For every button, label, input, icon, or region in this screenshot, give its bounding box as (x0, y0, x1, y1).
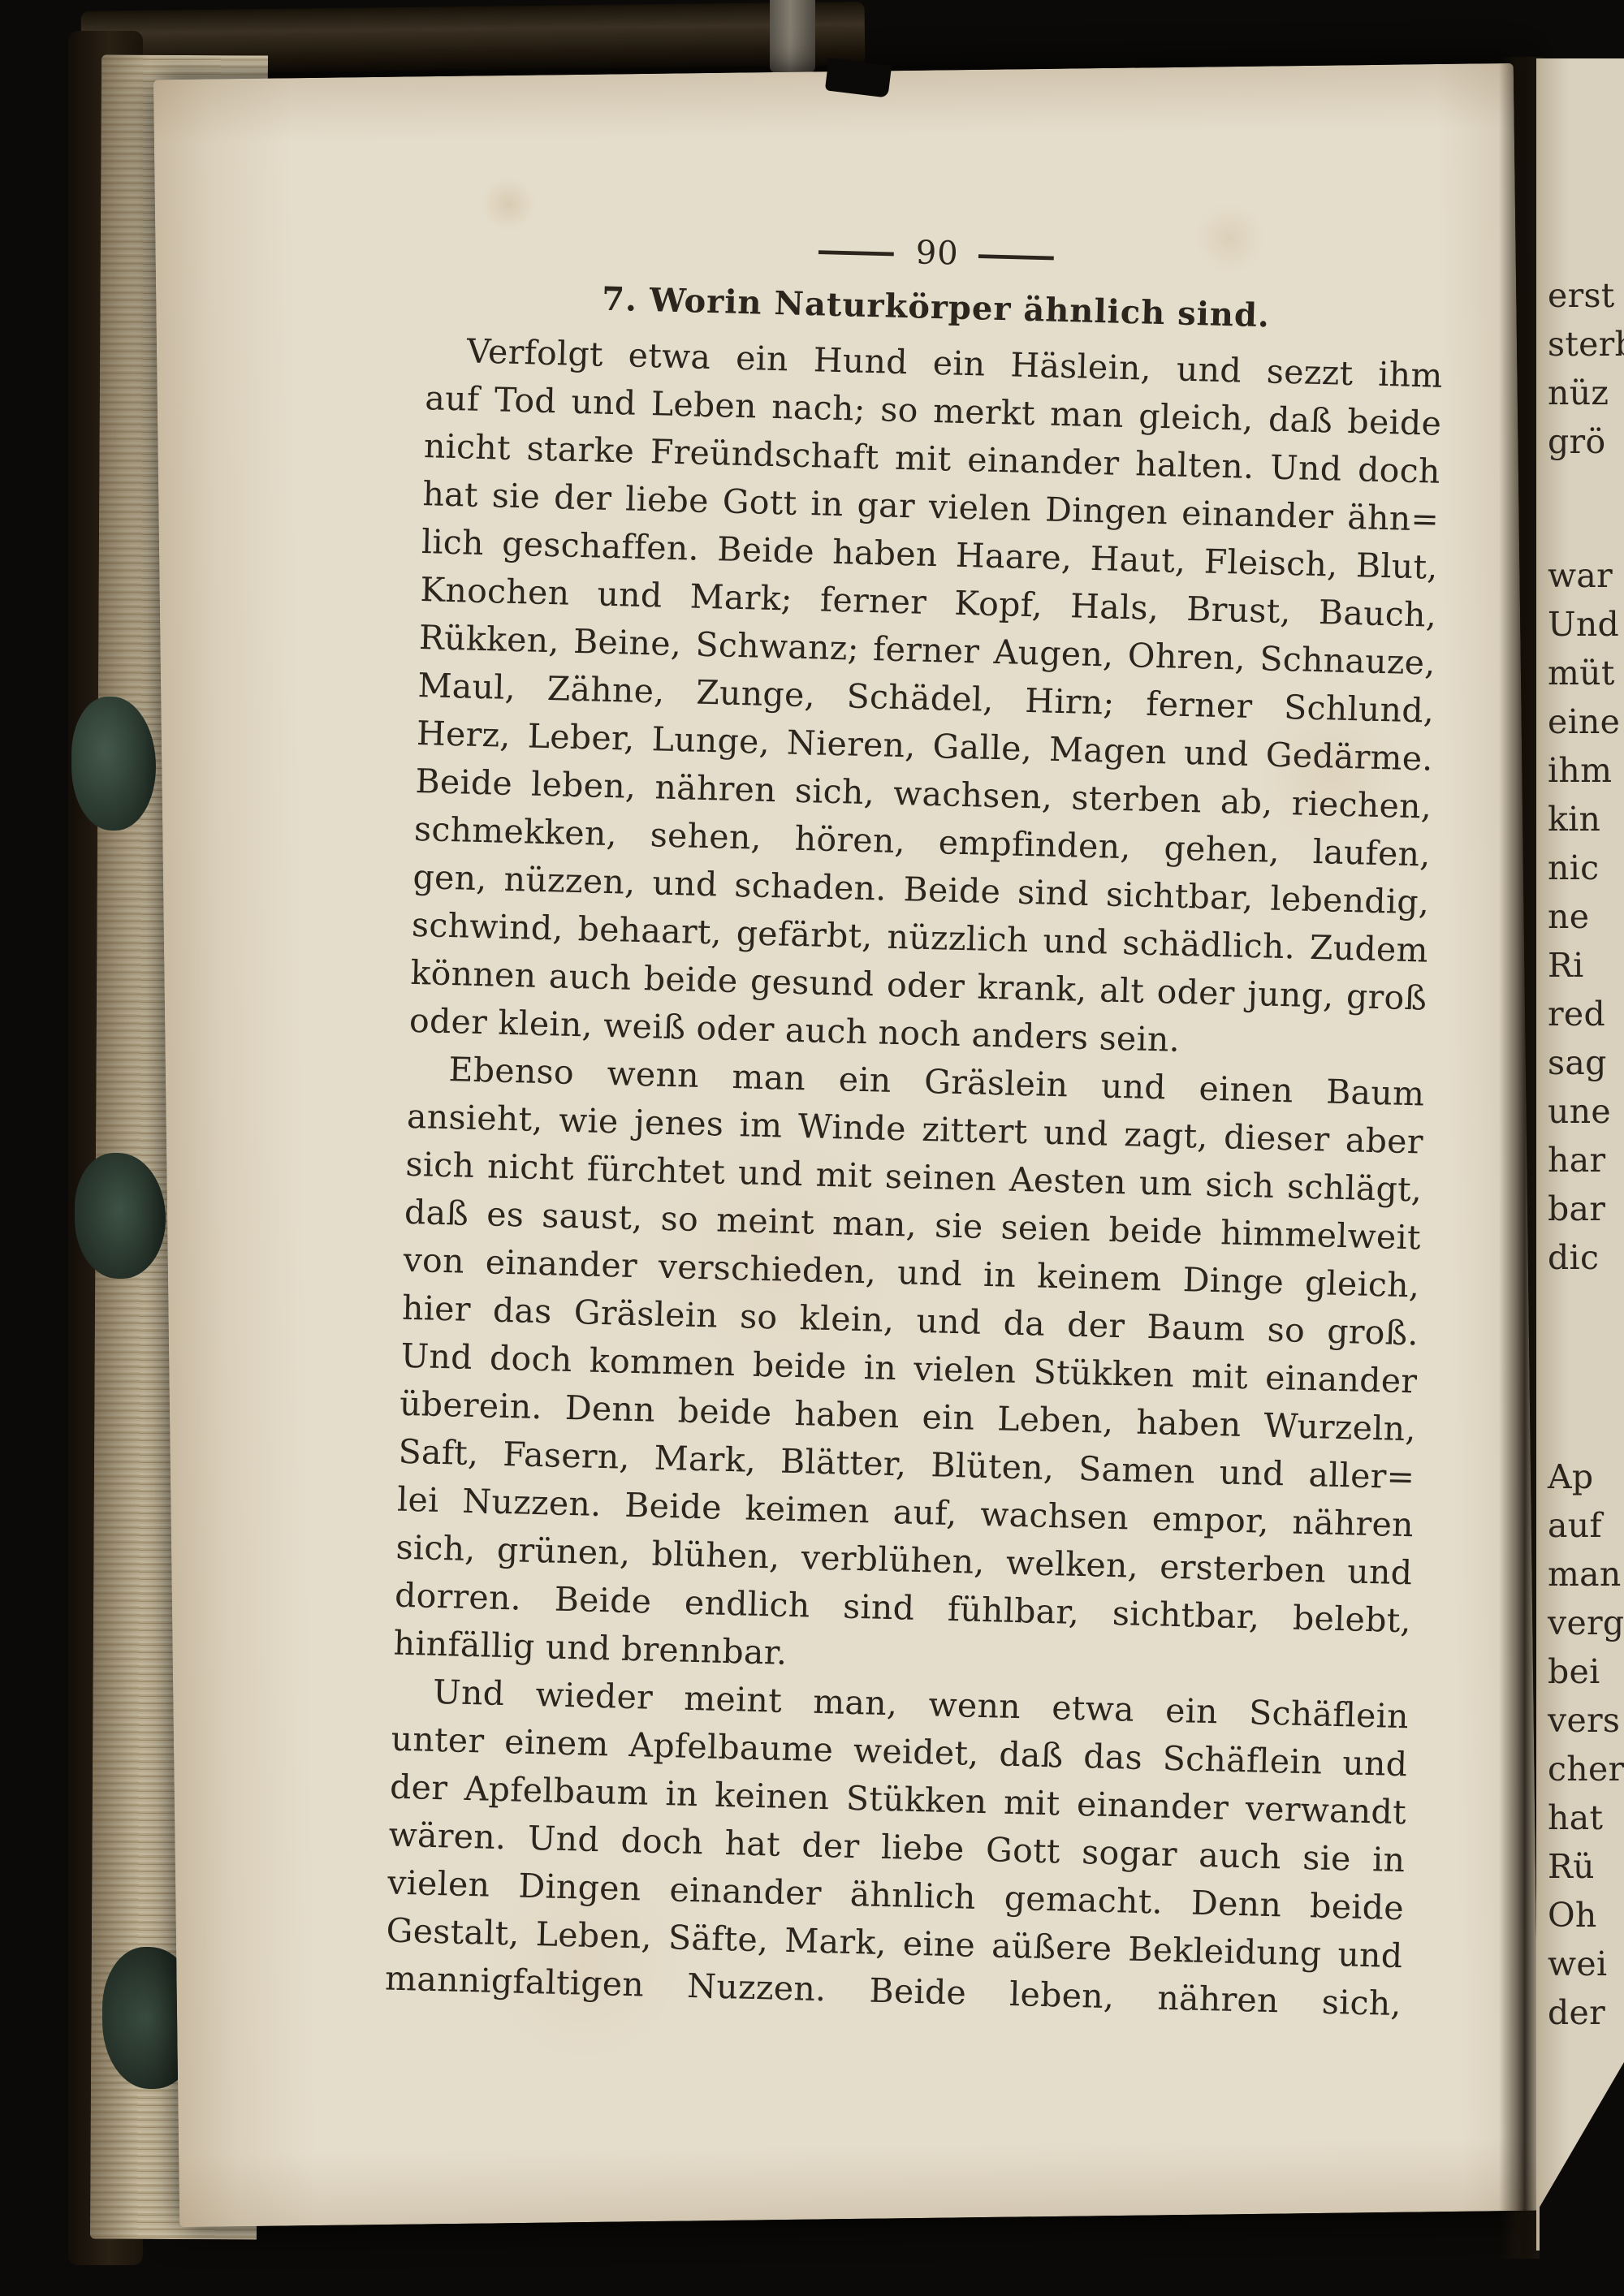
text-line: Rü (1548, 1842, 1624, 1891)
scanner-clamp (770, 0, 815, 73)
text-line (1548, 1282, 1624, 1367)
page-number: 90 (915, 234, 959, 272)
text-line: une (1548, 1087, 1624, 1136)
text-line: Ri (1548, 941, 1624, 990)
text-line: der (1548, 1988, 1624, 2037)
paragraph-3: Und wieder meint man, wenn etwa ein Schä… (385, 1668, 1410, 2029)
text-line: har (1548, 1136, 1624, 1185)
book-page: —90— 7. Worin Naturkörper ähnlich sind. … (153, 63, 1540, 2227)
text-line: dic (1548, 1233, 1624, 1282)
text-line: vers (1548, 1696, 1624, 1745)
text-line: ne (1548, 892, 1624, 941)
text-line (1548, 466, 1624, 551)
text-line: grö (1548, 417, 1624, 466)
page-number-dash: — (974, 235, 1061, 275)
text-line: red (1548, 990, 1624, 1038)
text-line: ihm (1548, 746, 1624, 795)
text-line: kin (1548, 795, 1624, 844)
text-line: eine (1548, 697, 1624, 746)
text-line: bar (1548, 1185, 1624, 1233)
facing-page-sliver: erststerbnüzgröwarUndmüteineihmkinnicneR… (1536, 58, 1624, 2251)
text-line: man (1548, 1550, 1624, 1599)
text-line: cher (1548, 1745, 1624, 1793)
text-line: war (1548, 551, 1624, 600)
text-line: auf (1548, 1501, 1624, 1550)
page-text-block: —90— 7. Worin Naturkörper ähnlich sind. … (385, 221, 1446, 2028)
text-line: sag (1548, 1038, 1624, 1087)
text-line: nüz (1548, 369, 1624, 417)
text-line: erst (1548, 271, 1624, 320)
paragraph-1: Verfolgt etwa ein Hund ein Häslein, und … (408, 326, 1443, 1070)
text-line (1548, 1367, 1624, 1452)
text-line: hat (1548, 1793, 1624, 1842)
paragraph-2: Ebenso wenn man ein Gräslein und einen B… (393, 1045, 1425, 1693)
text-line: Oh (1548, 1891, 1624, 1940)
page-number-row: —90— (429, 221, 1446, 285)
text-line: müt (1548, 649, 1624, 697)
page-number-dash: — (813, 231, 901, 271)
text-line: sterb (1548, 320, 1624, 369)
text-line: bei (1548, 1647, 1624, 1696)
text-line: Und (1548, 600, 1624, 649)
facing-page-text-fragments: erststerbnüzgröwarUndmüteineihmkinnicneR… (1548, 271, 1624, 2037)
text-line: verg (1548, 1599, 1624, 1647)
scanned-book-photo: —90— 7. Worin Naturkörper ähnlich sind. … (0, 0, 1624, 2296)
text-line: Ap (1548, 1452, 1624, 1501)
text-line: nic (1548, 844, 1624, 892)
text-line: wei (1548, 1940, 1624, 1988)
